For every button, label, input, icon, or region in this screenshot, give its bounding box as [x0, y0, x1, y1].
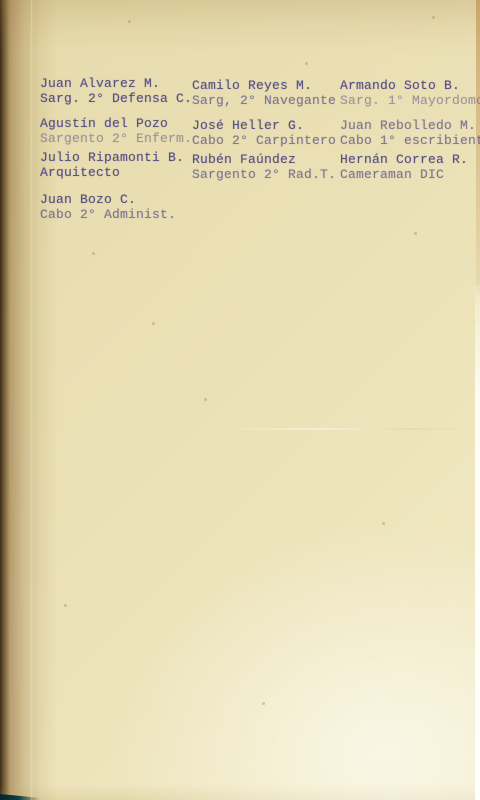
- person-name: Julio Ripamonti B.: [40, 150, 200, 165]
- page-right-edge-bottom: [475, 285, 480, 800]
- person-rank: Sarg. 2° Defensa C.: [40, 91, 200, 106]
- roster-entry: Hernán Correa R. Cameraman DIC: [340, 152, 480, 182]
- person-rank: Sargento 2° Rad.T.: [192, 167, 352, 182]
- person-name: Rubén Faúndez: [192, 152, 352, 167]
- person-name: Camilo Reyes M.: [192, 78, 352, 93]
- roster-entry: Julio Ripamonti B. Arquitecto: [40, 150, 200, 180]
- roster-column-3: Armando Soto B. Sarg. 1° Mayordomo Juan …: [340, 78, 480, 182]
- person-name: Hernán Correa R.: [340, 152, 480, 167]
- paper-speck: [204, 398, 207, 401]
- person-rank: Cabo 1° escribiente: [340, 133, 480, 148]
- paper-speck: [305, 62, 308, 65]
- roster-column-2: Camilo Reyes M. Sarg, 2° Navegante José …: [192, 78, 352, 182]
- roster-entry: José Heller G. Cabo 2° Carpintero: [192, 118, 352, 148]
- roster-entry: Armando Soto B. Sarg. 1° Mayordomo: [340, 78, 480, 108]
- roster-column-1: Juan Alvarez M. Sarg. 2° Defensa C. Agus…: [40, 76, 200, 222]
- person-rank: Sarg, 2° Navegante: [192, 93, 352, 108]
- person-name: Armando Soto B.: [340, 78, 480, 93]
- scanned-page: Juan Alvarez M. Sarg. 2° Defensa C. Agus…: [0, 0, 480, 800]
- person-rank: Sargento 2° Enferm.: [40, 131, 200, 146]
- paper-speck: [152, 322, 155, 325]
- person-rank: Sarg. 1° Mayordomo: [340, 93, 480, 108]
- paper-speck: [414, 232, 417, 235]
- person-name: José Heller G.: [192, 118, 352, 133]
- person-name: Juan Alvarez M.: [40, 76, 200, 91]
- horizontal-scratch: [220, 428, 474, 430]
- person-name: Juan Rebolledo M.: [340, 118, 480, 133]
- roster-entry: Rubén Faúndez Sargento 2° Rad.T.: [192, 152, 352, 182]
- paper-speck: [64, 604, 67, 607]
- paper-speck: [432, 16, 435, 19]
- roster-entry: Juan Bozo C. Cabo 2° Administ.: [40, 192, 200, 222]
- person-rank: Cameraman DIC: [340, 167, 480, 182]
- roster-entry: Agustín del Pozo Sargento 2° Enferm.: [40, 116, 200, 146]
- roster-entry: Juan Rebolledo M. Cabo 1° escribiente: [340, 118, 480, 148]
- person-name: Juan Bozo C.: [40, 192, 200, 207]
- bottom-left-corner-mark: [0, 793, 40, 800]
- paper-speck: [262, 702, 265, 705]
- paper-speck: [128, 20, 131, 23]
- roster-entry: Juan Alvarez M. Sarg. 2° Defensa C.: [40, 76, 200, 106]
- person-rank: Cabo 2° Administ.: [40, 207, 200, 222]
- roster-entry: Camilo Reyes M. Sarg, 2° Navegante: [192, 78, 352, 108]
- vertical-crease: [30, 0, 33, 800]
- paper-speck: [92, 252, 95, 255]
- person-rank: Cabo 2° Carpintero: [192, 133, 352, 148]
- paper-speck: [382, 522, 385, 525]
- person-name: Agustín del Pozo: [40, 116, 200, 131]
- person-rank: Arquitecto: [40, 165, 200, 180]
